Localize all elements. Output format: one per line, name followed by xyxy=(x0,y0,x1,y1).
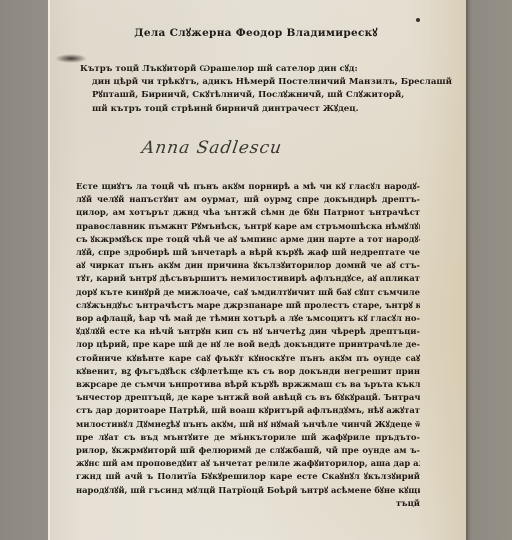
page-edge xyxy=(48,0,50,540)
address-line: Рꙋпташй, Бирничй, Скꙋтѣлничй, Послꙋжничй… xyxy=(80,89,420,102)
body-line: дорꙋ къте кинꙋрй де мижлоаче, саꙋ ъмдилт… xyxy=(76,286,420,299)
body-line: кꙋвенит, вꙁ фъгъдꙋѣск сꙋфлетѣще къ съ во… xyxy=(76,365,420,378)
address-line: шй кътръ тоцй стрѣинй бирничй динтрачест… xyxy=(80,103,420,116)
body-line: стойниче кꙋвѣнте каре саꙋ фъкꙋт кꙋноскꙋт… xyxy=(76,352,420,365)
body-line: лꙋй челꙋй напъстꙋит ам оурмат, шй оурмꙁ … xyxy=(76,193,420,206)
address-block: Кътръ тоцй Лъкꙋиторй Ѡрашелор шй сателор… xyxy=(80,63,420,116)
address-line: Кътръ тоцй Лъкꙋиторй Ѡрашелор шй сателор… xyxy=(80,63,420,76)
body-line: аꙋ чиркат пънъ акꙋм дин причина ꙋкълзꙋит… xyxy=(76,259,420,272)
ink-blot xyxy=(55,54,87,63)
background-left xyxy=(0,0,48,540)
body-line: православник пъмжнт Рꙋмънѣск, ънтрꙋ каре… xyxy=(76,220,420,233)
body-line: стъ дар доритоаре Патрѣй, шй воаш кꙋритъ… xyxy=(76,404,420,417)
body-line: гжнд шй ачй ъ Политїа Бꙋкꙋрешилор каре е… xyxy=(76,470,420,483)
address-line: дин цѣрй чи трѣкꙋтъ, адикъ Нѣмерй Постел… xyxy=(80,76,420,89)
body-line: съ ꙋкжрмꙋѣск пре тоцй чѣй че аꙋ ъмпинс а… xyxy=(76,233,420,246)
body-line: рилор, ꙋкжрмꙋиторй шй фелюримй де слꙋжба… xyxy=(76,444,420,457)
body-line: слꙋжъндꙋъс ънтрачѣстъ маре джрзпанаре шй… xyxy=(76,299,420,312)
body-line: вжрсаре де съмчи ънпротива вѣрй кърꙋѣ вр… xyxy=(76,378,420,391)
body-line: народꙋлꙋй, шй гъсинд мꙋлцй Патрїоцй Боѣр… xyxy=(76,484,420,497)
body-line: Есте щиꙋтъ ла тоцй чѣ пънъ акꙋм порнирѣ … xyxy=(76,180,420,193)
ink-spot xyxy=(416,18,420,22)
document-title: Дела Слꙋжерна Феодор Владимирескꙋ xyxy=(0,26,512,40)
body-line: пре лꙋат съ въд мънтꙋите де мъ̆нкъториле… xyxy=(76,431,420,444)
body-line: ънчестор дрептъцй, де каре ънтжй вой авѣ… xyxy=(76,391,420,404)
body-line: вор афлацй, ѣар чѣ май де тѣмин хотърѣ а… xyxy=(76,312,420,325)
body-line: ꙋдꙋлꙋй есте ка нѣчй ънтрꙋн кип съ нꙋ ънч… xyxy=(76,325,420,338)
body-line: цилор, ам хотърът джнд чѣа ънтжй сѣмн де… xyxy=(76,206,420,219)
handwritten-signature: Anna Sadlescu xyxy=(141,138,284,158)
background-right xyxy=(468,0,512,540)
proclamation-body: Есте щиꙋтъ ла тоцй чѣ пънъ акꙋм порнирѣ … xyxy=(76,180,420,510)
body-line-catchword: тъцй xyxy=(76,497,420,510)
body-line: тꙋт, карий ънтрꙋ дѣсъвършитъ немилостиви… xyxy=(76,272,420,285)
body-line: лꙋй, спре здробирѣ шй ънчетарѣ а вѣрй къ… xyxy=(76,246,420,259)
body-line: жꙋнс шй ам проповедꙋит аꙋ ънчетат релиле… xyxy=(76,457,420,470)
body-line: милостивꙋл Дꙋмнеꙁѣꙋ пънъ акꙋм, шй нꙋ нꙋм… xyxy=(76,418,420,431)
body-line: лор цѣрий, пре каре шй де нꙋ ле вой ведѣ… xyxy=(76,338,420,351)
